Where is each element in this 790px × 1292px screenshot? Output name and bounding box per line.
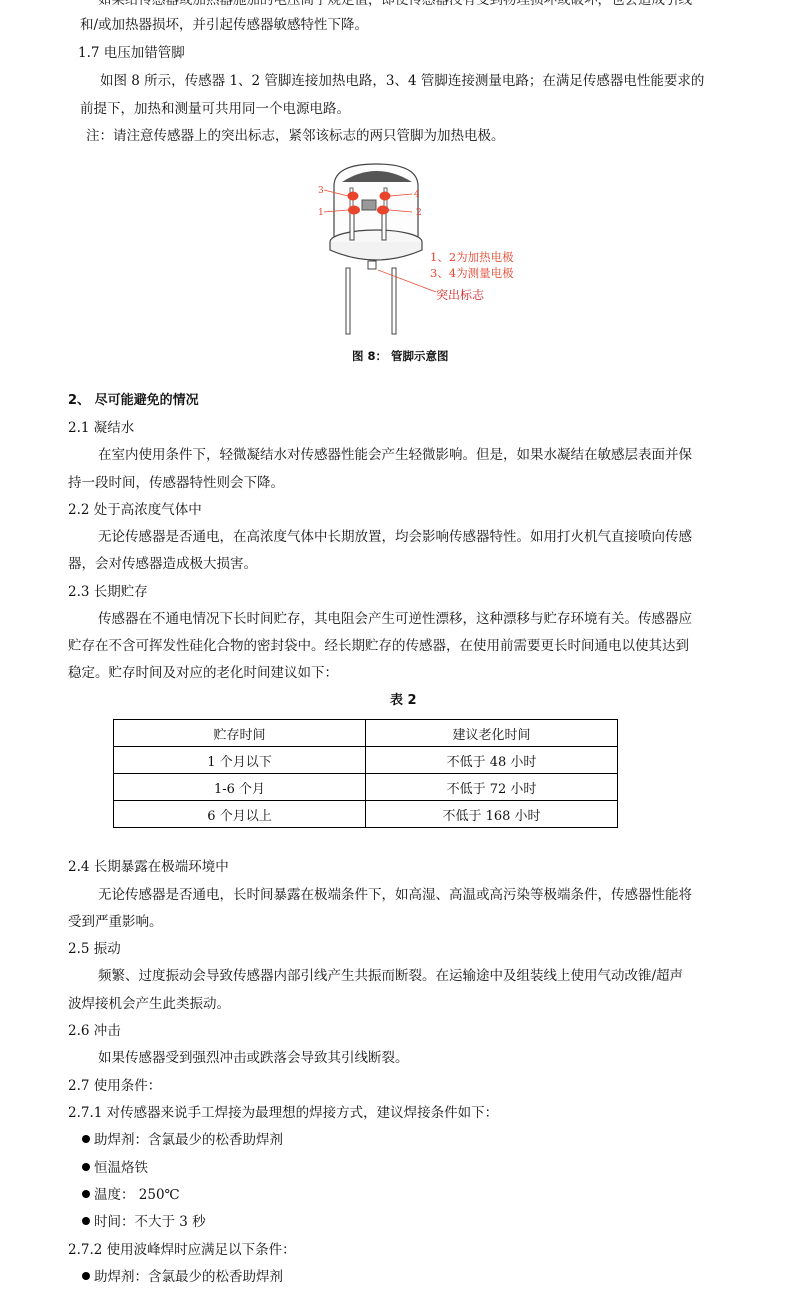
paragraph-text: 频繁、过度振动会导致传感器内部引线产生共振而断裂。在运输途中及组装线上使用气动改… [98,967,683,985]
list-item: 恒温烙铁 [82,1159,148,1177]
list-item: 温度： 250℃ [82,1186,180,1204]
section-heading-2-1: 2.1 凝结水 [68,419,134,437]
section-heading-2-5: 2.5 振动 [68,940,121,958]
pin-label-2: 2 [416,204,422,222]
document-page: 如果给传感器或加热器施加的电压高于规定值，即使传感器没有受到物理损坏或破坏，也会… [0,0,790,1292]
paragraph-text: 和/或加热器损坏，并引起传感器敏感特性下降。 [80,16,368,34]
pin-label-1: 1 [318,204,324,222]
table-header-cell: 建议老化时间 [366,720,618,747]
paragraph-text: 稳定。贮存时间及对应的老化时间建议如下： [68,664,338,682]
table-title: 表 2 [390,692,417,710]
sensor-pin-diagram: 3 4 1 2 1、2为加热电极 3、4为测量电极 突出标志 [312,158,540,338]
table-cell: 1-6 个月 [114,774,366,801]
table-row: 6 个月以上 不低于 168 小时 [114,801,618,828]
list-item: 时间：不大于 3 秒 [82,1213,206,1231]
bullet-icon [82,1135,90,1143]
annotation-key-mark: 突出标志 [436,286,484,304]
paragraph-text: 持一段时间，传感器特性则会下降。 [68,474,284,492]
table-header-row: 贮存时间 建议老化时间 [114,720,618,747]
table-cell: 1 个月以下 [114,747,366,774]
paragraph-text: 器，会对传感器造成极大损害。 [68,555,257,573]
storage-aging-table: 贮存时间 建议老化时间 1 个月以下 不低于 48 小时 1-6 个月 不低于 … [113,719,618,828]
section-heading-2-7-1: 2.7.1 对传感器来说手工焊接为最理想的焊接方式，建议焊接条件如下： [68,1104,498,1122]
bullet-icon [82,1272,90,1280]
table-cell: 6 个月以上 [114,801,366,828]
paragraph-text: 贮存在不含可挥发性硅化合物的密封袋中。经长期贮存的传感器，在使用前需要更长时间通… [68,637,689,655]
paragraph-text: 受到严重影响。 [68,913,163,931]
note-text: 注：请注意传感器上的突出标志，紧邻该标志的两只管脚为加热电极。 [86,127,505,145]
section-heading-2-3: 2.3 长期贮存 [68,583,148,601]
table-row: 1 个月以下 不低于 48 小时 [114,747,618,774]
figure-caption: 图 8： 管脚示意图 [352,347,449,365]
section-heading-2-7-2: 2.7.2 使用波峰焊时应满足以下条件： [68,1241,296,1259]
section-heading-2: 2、 尽可能避免的情况 [68,392,199,410]
table-header-cell: 贮存时间 [114,720,366,747]
bullet-icon [82,1163,90,1171]
section-heading-2-2: 2.2 处于高浓度气体中 [68,501,202,519]
table-cell: 不低于 168 小时 [366,801,618,828]
paragraph-cutoff: 如果给传感器或加热器施加的电压高于规定值，即使传感器没有受到物理损坏或破坏，也会… [98,0,692,9]
table-row: 1-6 个月 不低于 72 小时 [114,774,618,801]
list-item: 助焊剂：含氯最少的松香助焊剂 [82,1268,283,1286]
paragraph-text: 前提下，加热和测量可共用同一个电源电路。 [80,100,350,118]
bullet-icon [82,1217,90,1225]
bullet-icon [82,1190,90,1198]
pin-label-4: 4 [414,186,420,204]
section-heading-2-6: 2.6 冲击 [68,1022,121,1040]
table-cell: 不低于 72 小时 [366,774,618,801]
paragraph-text: 无论传感器是否通电，在高浓度气体中长期放置，均会影响传感器特性。如用打火机气直接… [98,528,692,546]
paragraph-text: 如图 8 所示，传感器 1、2 管脚连接加热电路，3、4 管脚连接测量电路；在满… [100,72,704,90]
section-heading-1-7: 1.7 电压加错管脚 [78,44,185,62]
paragraph-text: 如果传感器受到强烈冲击或跌落会导致其引线断裂。 [98,1049,409,1067]
paragraph-text: 波焊接机会产生此类振动。 [68,995,230,1013]
section-heading-2-7: 2.7 使用条件： [68,1077,161,1095]
annotation-measuring-electrodes: 3、4为测量电极 [430,264,514,282]
paragraph-text: 无论传感器是否通电，长时间暴露在极端条件下，如高湿、高温或高污染等极端条件，传感… [98,886,692,904]
paragraph-text: 在室内使用条件下，轻微凝结水对传感器性能会产生轻微影响。但是，如果水凝结在敏感层… [98,446,692,464]
pin-label-3: 3 [318,182,324,200]
section-heading-2-4: 2.4 长期暴露在极端环境中 [68,858,229,876]
table-cell: 不低于 48 小时 [366,747,618,774]
paragraph-text: 传感器在不通电情况下长时间贮存，其电阻会产生可逆性漂移，这种漂移与贮存环境有关。… [98,610,692,628]
list-item: 助焊剂：含氯最少的松香助焊剂 [82,1131,283,1149]
